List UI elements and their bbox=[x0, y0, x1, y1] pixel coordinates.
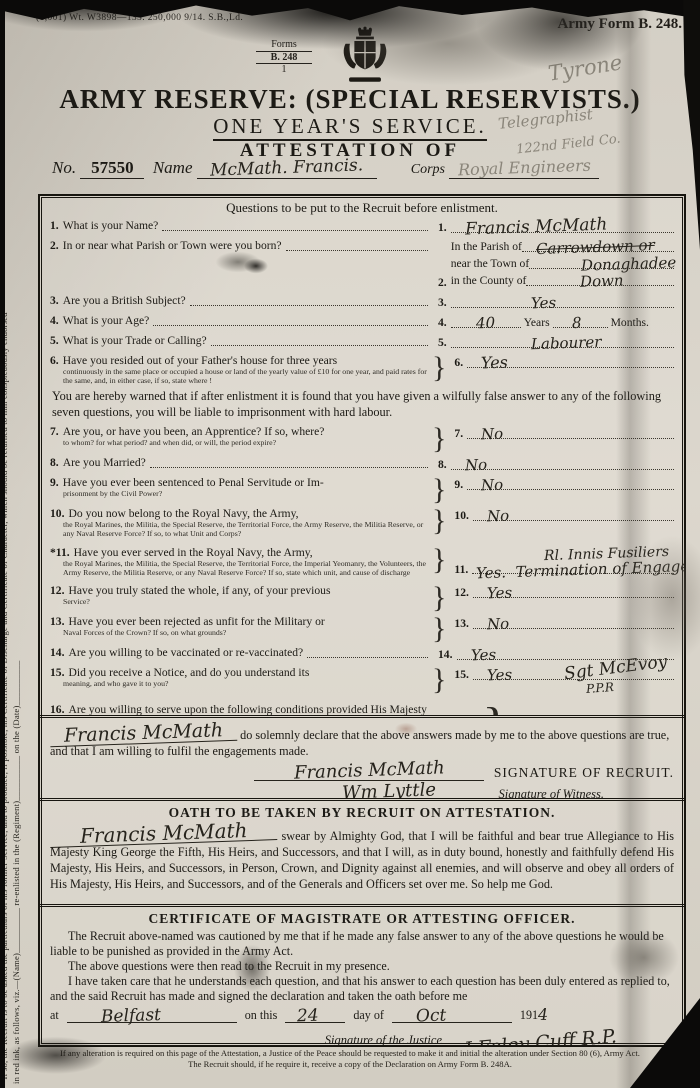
witness-signature-handwritten: Wm Lyttle bbox=[341, 781, 436, 798]
certificate-day-handwritten: 24 bbox=[297, 1007, 319, 1025]
certificate-paragraph-2: The above questions were then read to th… bbox=[50, 959, 674, 974]
answer-14-handwritten: Yes bbox=[470, 647, 496, 663]
question-row-2: 2.In or near what Parish or Town were yo… bbox=[50, 239, 674, 290]
attestation-form-box: Questions to be put to the Recruit befor… bbox=[38, 194, 686, 1047]
footer-note: If any alteration is required on this pa… bbox=[40, 1048, 660, 1070]
answer-13-handwritten: No bbox=[487, 616, 510, 632]
name-label: Name bbox=[153, 158, 193, 177]
warning-paragraph: You are hereby warned that if after enli… bbox=[52, 389, 674, 420]
certificate-place-handwritten: Belfast bbox=[100, 1007, 161, 1026]
answer-7-handwritten: No bbox=[481, 427, 504, 443]
answer-15-note2-handwritten: P.P.R bbox=[586, 681, 615, 695]
answer-county-handwritten: Down bbox=[579, 273, 623, 290]
oath-heading: OATH TO BE TAKEN BY RECRUIT ON ATTESTATI… bbox=[50, 805, 674, 821]
declaration-section: Francis McMath do solemnly declare that … bbox=[40, 715, 684, 798]
answer-12-handwritten: Yes bbox=[487, 585, 513, 601]
question-row-11: *11.Have you ever served in the Royal Na… bbox=[50, 546, 674, 577]
justice-signature-label: Signature of the Justice bbox=[325, 1033, 442, 1045]
question-row-15: 15.Did you receive a Notice, and do you … bbox=[50, 666, 674, 693]
form-title-main: ARMY RESERVE: (SPECIAL RESERVISTS.) bbox=[0, 84, 700, 115]
oath-section: OATH TO BE TAKEN BY RECRUIT ON ATTESTATI… bbox=[40, 798, 684, 904]
corps-value-handwritten: Royal Engineers bbox=[458, 158, 591, 179]
footer-line-1: If any alteration is required on this pa… bbox=[40, 1048, 660, 1059]
sidebar-footnote-line2: in red ink, as follows, viz.—(Name)_____… bbox=[11, 661, 21, 1084]
certificate-year-handwritten: 4 bbox=[538, 1006, 549, 1022]
questions-heading: Questions to be put to the Recruit befor… bbox=[50, 200, 674, 216]
question-row-9: 9.Have you ever been sentenced to Penal … bbox=[50, 476, 674, 503]
question-row-7: 7.Are you, or have you been, an Apprenti… bbox=[50, 425, 674, 452]
question-row-3: 3.Are you a British Subject? 3.Yes bbox=[50, 294, 674, 310]
answer-8-handwritten: No bbox=[464, 458, 487, 474]
question-row-12: 12.Have you truly stated the whole, if a… bbox=[50, 584, 674, 611]
recruit-signature-label: SIGNATURE OF RECRUIT. bbox=[494, 765, 674, 781]
forms-box-line3: 1 bbox=[256, 64, 312, 76]
certificate-paragraph-3: I have taken care that he understands ea… bbox=[50, 974, 674, 1004]
witness-signature-label: Signature of Witness. bbox=[499, 787, 604, 798]
royal-crest-icon bbox=[338, 26, 392, 93]
answer-age-months-handwritten: 8 bbox=[572, 316, 582, 331]
question-row-14: 14.Are you willing to be vaccinated or r… bbox=[50, 646, 674, 662]
question-row-4: 4.What is your Age? 4. 40 Years 8 Months… bbox=[50, 314, 674, 330]
footer-line-2: The Recruit should, if he require it, re… bbox=[40, 1059, 660, 1070]
answer-15-handwritten: Yes bbox=[487, 667, 513, 683]
recruit-name-handwritten: McMath. Francis. bbox=[210, 157, 364, 179]
certificate-month-handwritten: Oct bbox=[416, 1007, 447, 1025]
army-form-number: Army Form B. 248. bbox=[557, 16, 682, 33]
answer-6-handwritten: Yes bbox=[481, 355, 508, 372]
answer-3-handwritten: Yes bbox=[531, 296, 557, 312]
forms-box-line1: Forms bbox=[256, 39, 312, 52]
question-row-1: 1.What is your Name? 1.Francis McMath bbox=[50, 219, 674, 235]
recruit-number: 57550 bbox=[80, 158, 144, 179]
answer-11-handwritten: Yes. Termination of Engagement bbox=[476, 558, 684, 582]
certificate-paragraph-1: The Recruit above-named was cautioned by… bbox=[50, 929, 674, 959]
question-row-5: 5.What is your Trade or Calling? 5.Labou… bbox=[50, 334, 674, 350]
question-row-8: 8.Are you Married? 8.No bbox=[50, 456, 674, 472]
question-row-6: 6.Have you resided out of your Father's … bbox=[50, 354, 674, 385]
forms-box: Forms B. 248 1 bbox=[256, 39, 312, 76]
question-row-10: 10.Do you now belong to the Royal Navy, … bbox=[50, 507, 674, 538]
questions-section: Questions to be put to the Recruit befor… bbox=[40, 196, 684, 715]
answer-5-handwritten: Labourer bbox=[531, 335, 602, 352]
oath-name-handwritten: Francis McMath bbox=[50, 819, 278, 848]
answer-1-handwritten: Francis McMath bbox=[464, 217, 607, 239]
certificate-section: CERTIFICATE OF MAGISTRATE OR ATTESTING O… bbox=[40, 904, 684, 1045]
answer-9-handwritten: No bbox=[481, 478, 504, 494]
recruit-id-line: No. 57550 Name McMath. Francis. Corps Ro… bbox=[52, 158, 682, 179]
number-label: No. bbox=[52, 158, 76, 177]
torn-left-edge bbox=[0, 0, 5, 1088]
answer-town-handwritten: Donaghadee bbox=[581, 255, 677, 273]
answer-10-handwritten: No bbox=[487, 509, 510, 525]
answer-age-years-handwritten: 40 bbox=[476, 316, 496, 332]
forms-box-line2: B. 248 bbox=[256, 52, 312, 65]
justice-signature-handwritten: J Foley Cuff R.P. bbox=[463, 1027, 617, 1045]
certificate-heading: CERTIFICATE OF MAGISTRATE OR ATTESTING O… bbox=[50, 911, 674, 927]
corps-label: Corps bbox=[411, 162, 445, 177]
question-row-13: 13.Have you ever been rejected as unfit … bbox=[50, 615, 674, 642]
question-row-16: 16.Are you willing to serve upon the fol… bbox=[50, 703, 674, 715]
